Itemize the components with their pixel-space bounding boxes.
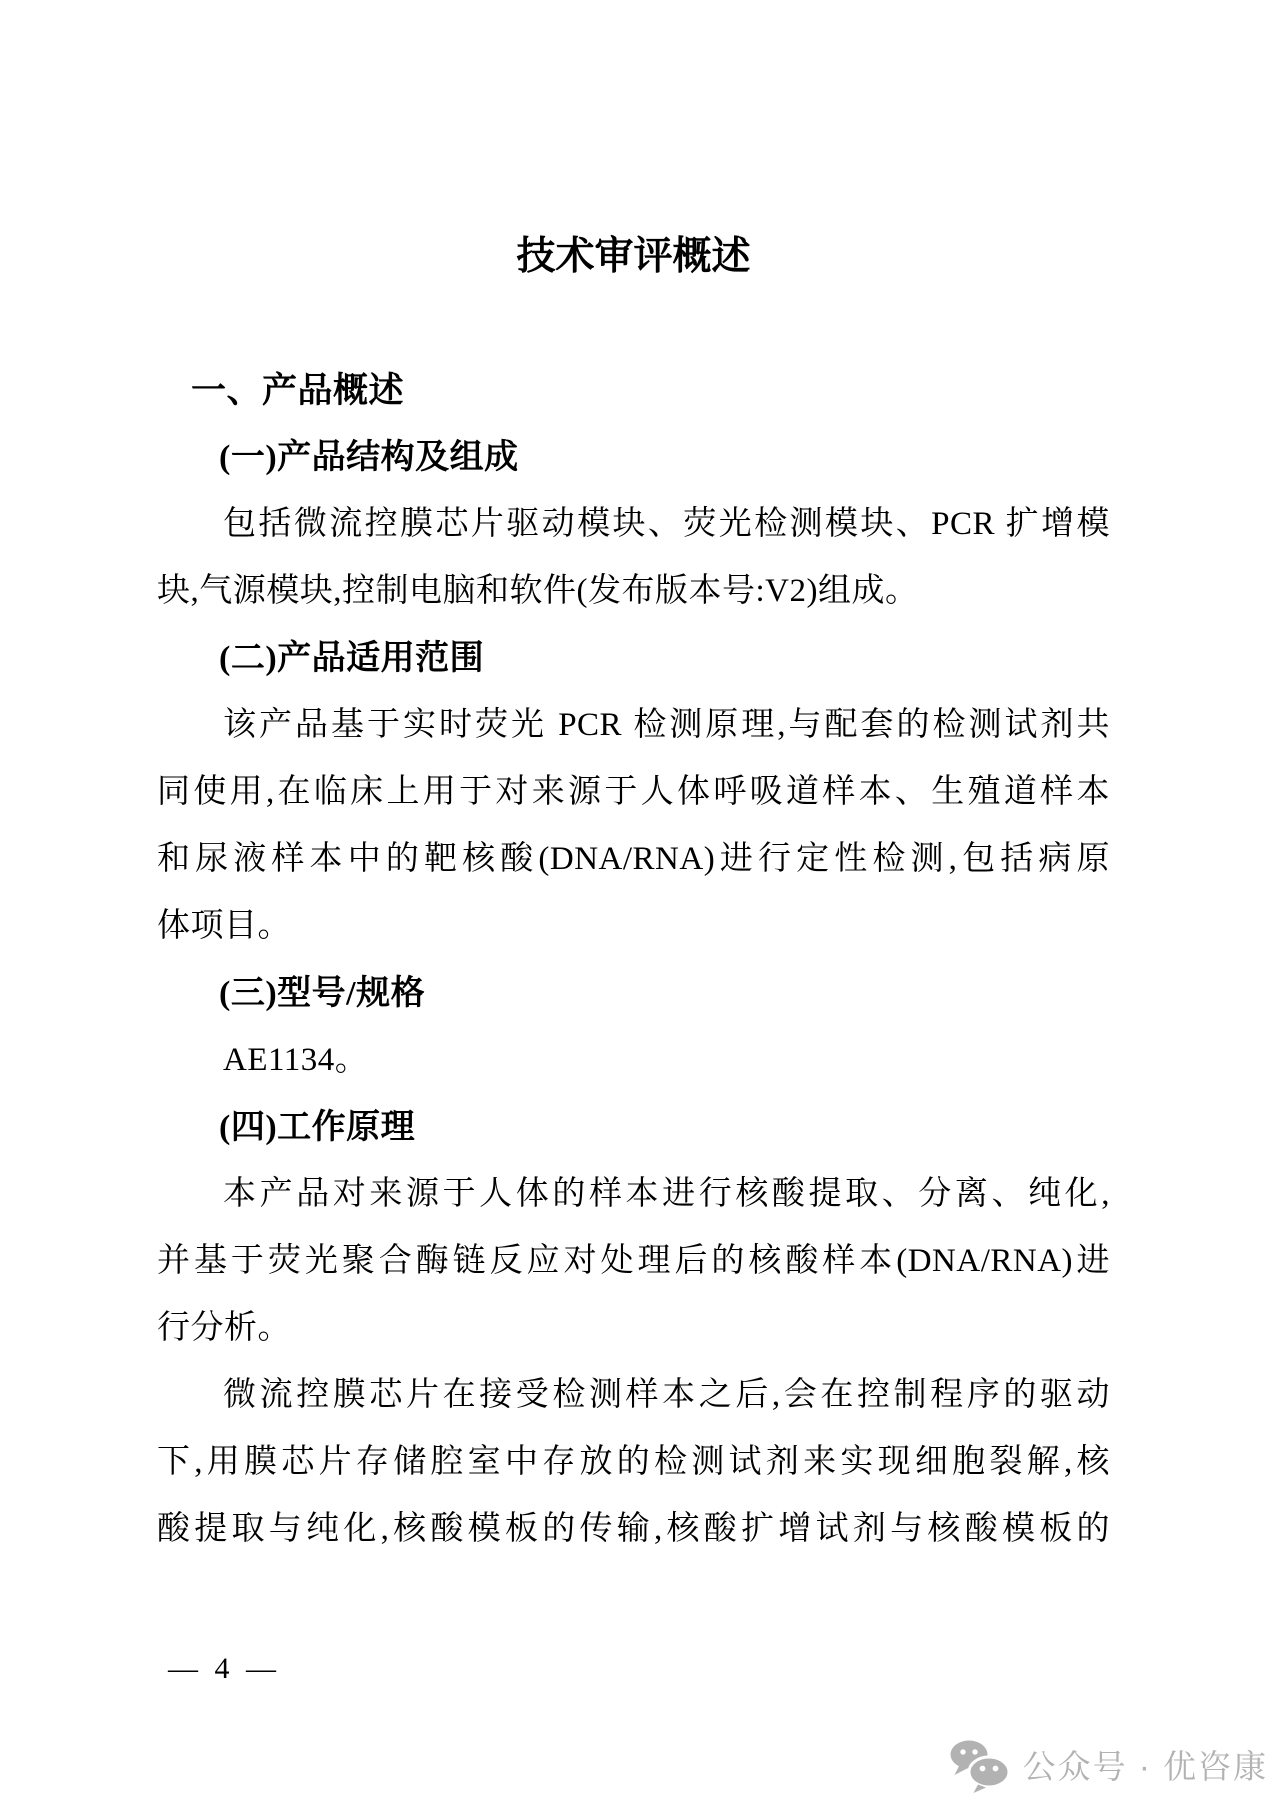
subsection-heading: (一)产品结构及组成 [157, 424, 1110, 491]
subsection-heading: (三)型号/规格 [157, 960, 1110, 1027]
body-line: AE1134。 [157, 1027, 1110, 1094]
body-line: 微流控膜芯片在接受检测样本之后,会在控制程序的驱动 [157, 1362, 1110, 1429]
body-line: 块,气源模块,控制电脑和软件(发布版本号:V2)组成。 [157, 558, 1110, 625]
title-spacer [157, 290, 1110, 357]
body-line: 酸提取与纯化,核酸模板的传输,核酸扩增试剂与核酸模板的 [157, 1496, 1110, 1563]
body-line: 同使用,在临床上用于对来源于人体呼吸道样本、生殖道样本 [157, 759, 1110, 826]
subsection-heading: (二)产品适用范围 [157, 625, 1110, 692]
document-page: 技术审评概述 一、产品概述 (一)产品结构及组成 包括微流控膜芯片驱动模块、荧光… [0, 0, 1280, 1810]
body-line: 本产品对来源于人体的样本进行核酸提取、分离、纯化, [157, 1161, 1110, 1228]
page-title: 技术审评概述 [157, 223, 1110, 290]
body-line: 并基于荧光聚合酶链反应对处理后的核酸样本(DNA/RNA)进 [157, 1228, 1110, 1295]
body-line: 体项目。 [157, 893, 1110, 960]
section-heading: 一、产品概述 [157, 357, 1110, 424]
body-line: 行分析。 [157, 1295, 1110, 1362]
watermark: 公众号 · 优咨康 [949, 1740, 1268, 1794]
page-number: — 4 — [168, 1652, 276, 1686]
watermark-label: 公众号 · 优咨康 [1023, 1741, 1268, 1793]
wechat-icon [949, 1740, 1011, 1794]
subsection-heading: (四)工作原理 [157, 1094, 1110, 1161]
body-line: 包括微流控膜芯片驱动模块、荧光检测模块、PCR 扩增模 [157, 491, 1110, 558]
body-line: 该产品基于实时荧光 PCR 检测原理,与配套的检测试剂共 [157, 692, 1110, 759]
text-column: 技术审评概述 一、产品概述 (一)产品结构及组成 包括微流控膜芯片驱动模块、荧光… [157, 223, 1110, 1563]
body-line: 和尿液样本中的靶核酸(DNA/RNA)进行定性检测,包括病原 [157, 826, 1110, 893]
body-line: 下,用膜芯片存储腔室中存放的检测试剂来实现细胞裂解,核 [157, 1429, 1110, 1496]
